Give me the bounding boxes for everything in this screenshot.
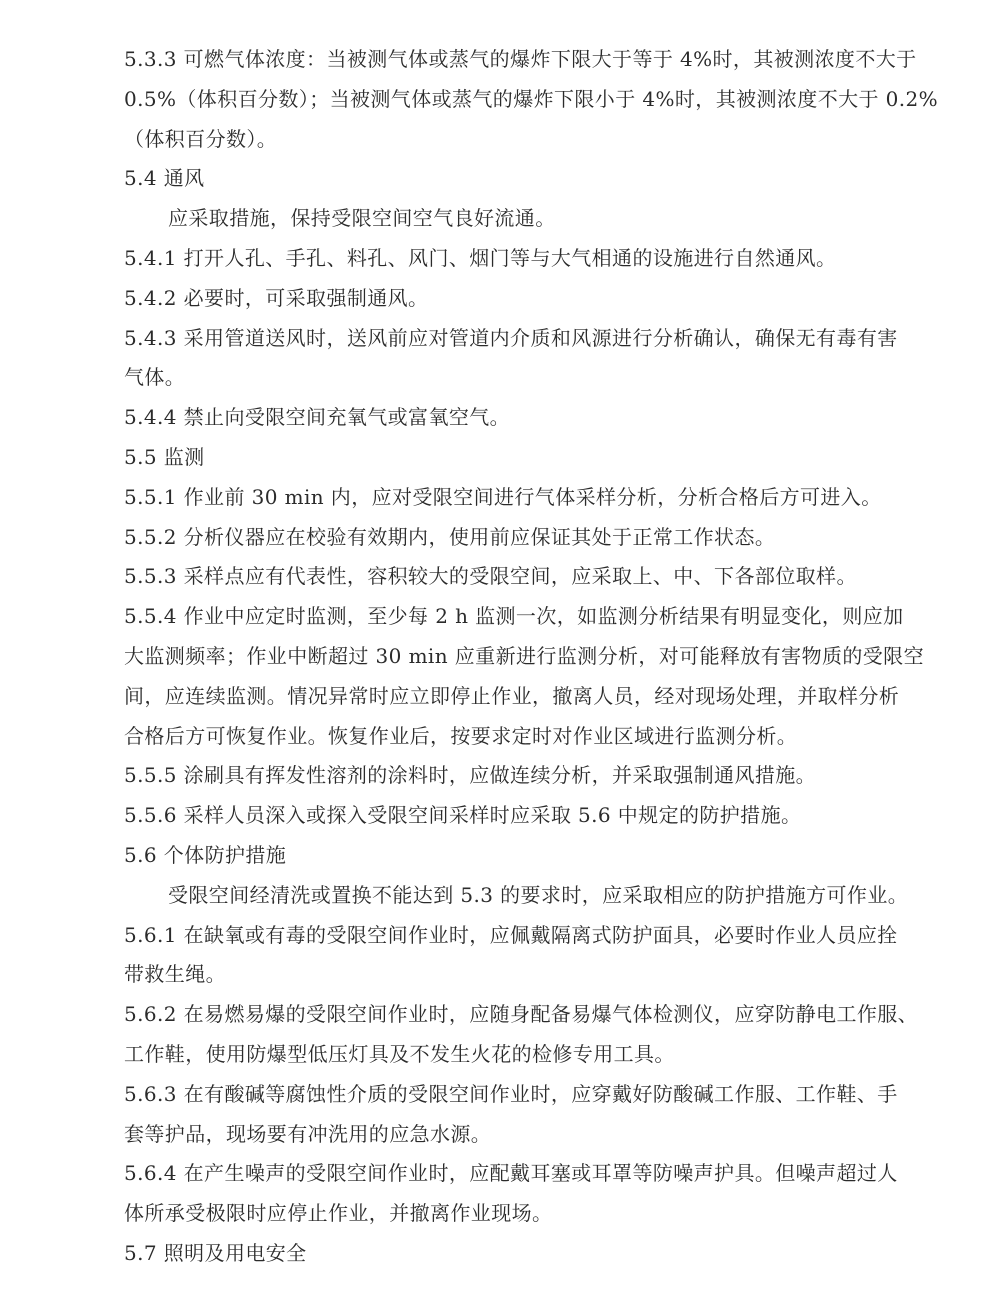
section-5-5-6: 5.5.6 采样人员深入或探入受限空间采样时应采取 5.6 中规定的防护措施。 [124, 796, 954, 836]
section-5-6-4-line-1: 5.6.4 在产生噪声的受限空间作业时，应配戴耳塞或耳罩等防噪声护具。但噪声超过… [124, 1154, 954, 1194]
section-5-4-4: 5.4.4 禁止向受限空间充氧气或富氧空气。 [124, 398, 954, 438]
section-5-6-2-line-1: 5.6.2 在易燃易爆的受限空间作业时，应随身配备易爆气体检测仪，应穿防静电工作… [124, 995, 954, 1035]
section-5-6-4-line-2: 体所承受极限时应停止作业，并撤离作业现场。 [124, 1194, 954, 1234]
section-5-6-3-line-1: 5.6.3 在有酸碱等腐蚀性介质的受限空间作业时，应穿戴好防酸碱工作服、工作鞋、… [124, 1075, 954, 1115]
heading-5-4: 5.4 通风 [124, 159, 954, 199]
section-5-3-3-line-2: 0.5%（体积百分数）；当被测气体或蒸气的爆炸下限小于 4%时，其被测浓度不大于… [124, 80, 954, 120]
section-5-5-4-line-3: 间，应连续监测。情况异常时应立即停止作业，撤离人员，经对现场处理，并取样分析 [124, 677, 954, 717]
section-5-3-3-line-3: （体积百分数）。 [124, 120, 954, 160]
section-5-5-5: 5.5.5 涂刷具有挥发性溶剂的涂料时，应做连续分析，并采取强制通风措施。 [124, 756, 954, 796]
heading-5-6: 5.6 个体防护措施 [124, 836, 954, 876]
section-5-6-1-line-2: 带救生绳。 [124, 955, 954, 995]
section-5-6-2-line-2: 工作鞋，使用防爆型低压灯具及不发生火花的检修专用工具。 [124, 1035, 954, 1075]
section-5-5-4-line-4: 合格后方可恢复作业。恢复作业后，按要求定时对作业区域进行监测分析。 [124, 717, 954, 757]
section-5-5-2: 5.5.2 分析仪器应在校验有效期内，使用前应保证其处于正常工作状态。 [124, 518, 954, 558]
section-5-4-intro: 应采取措施，保持受限空间空气良好流通。 [124, 199, 954, 239]
heading-5-7: 5.7 照明及用电安全 [124, 1234, 954, 1274]
section-5-4-1: 5.4.1 打开人孔、手孔、料孔、风门、烟门等与大气相通的设施进行自然通风。 [124, 239, 954, 279]
section-5-5-4-line-2: 大监测频率；作业中断超过 30 min 应重新进行监测分析，对可能释放有害物质的… [124, 637, 954, 677]
section-5-3-3-line-1: 5.3.3 可燃气体浓度：当被测气体或蒸气的爆炸下限大于等于 4%时，其被测浓度… [124, 40, 954, 80]
section-5-5-4-line-1: 5.5.4 作业中应定时监测，至少每 2 h 监测一次，如监测分析结果有明显变化… [124, 597, 954, 637]
section-5-6-intro: 受限空间经清洗或置换不能达到 5.3 的要求时，应采取相应的防护措施方可作业。 [124, 876, 954, 916]
section-5-4-3-line-1: 5.4.3 采用管道送风时，送风前应对管道内介质和风源进行分析确认，确保无有毒有… [124, 319, 954, 359]
section-5-6-1-line-1: 5.6.1 在缺氧或有毒的受限空间作业时，应佩戴隔离式防护面具，必要时作业人员应… [124, 916, 954, 956]
section-5-4-3-line-2: 气体。 [124, 358, 954, 398]
section-5-5-1: 5.5.1 作业前 30 min 内，应对受限空间进行气体采样分析，分析合格后方… [124, 478, 954, 518]
heading-5-5: 5.5 监测 [124, 438, 954, 478]
section-5-5-3: 5.5.3 采样点应有代表性，容积较大的受限空间，应采取上、中、下各部位取样。 [124, 557, 954, 597]
section-5-6-3-line-2: 套等护品，现场要有冲洗用的应急水源。 [124, 1115, 954, 1155]
document-page: 5.3.3 可燃气体浓度：当被测气体或蒸气的爆炸下限大于等于 4%时，其被测浓度… [124, 40, 954, 1274]
section-5-4-2: 5.4.2 必要时，可采取强制通风。 [124, 279, 954, 319]
